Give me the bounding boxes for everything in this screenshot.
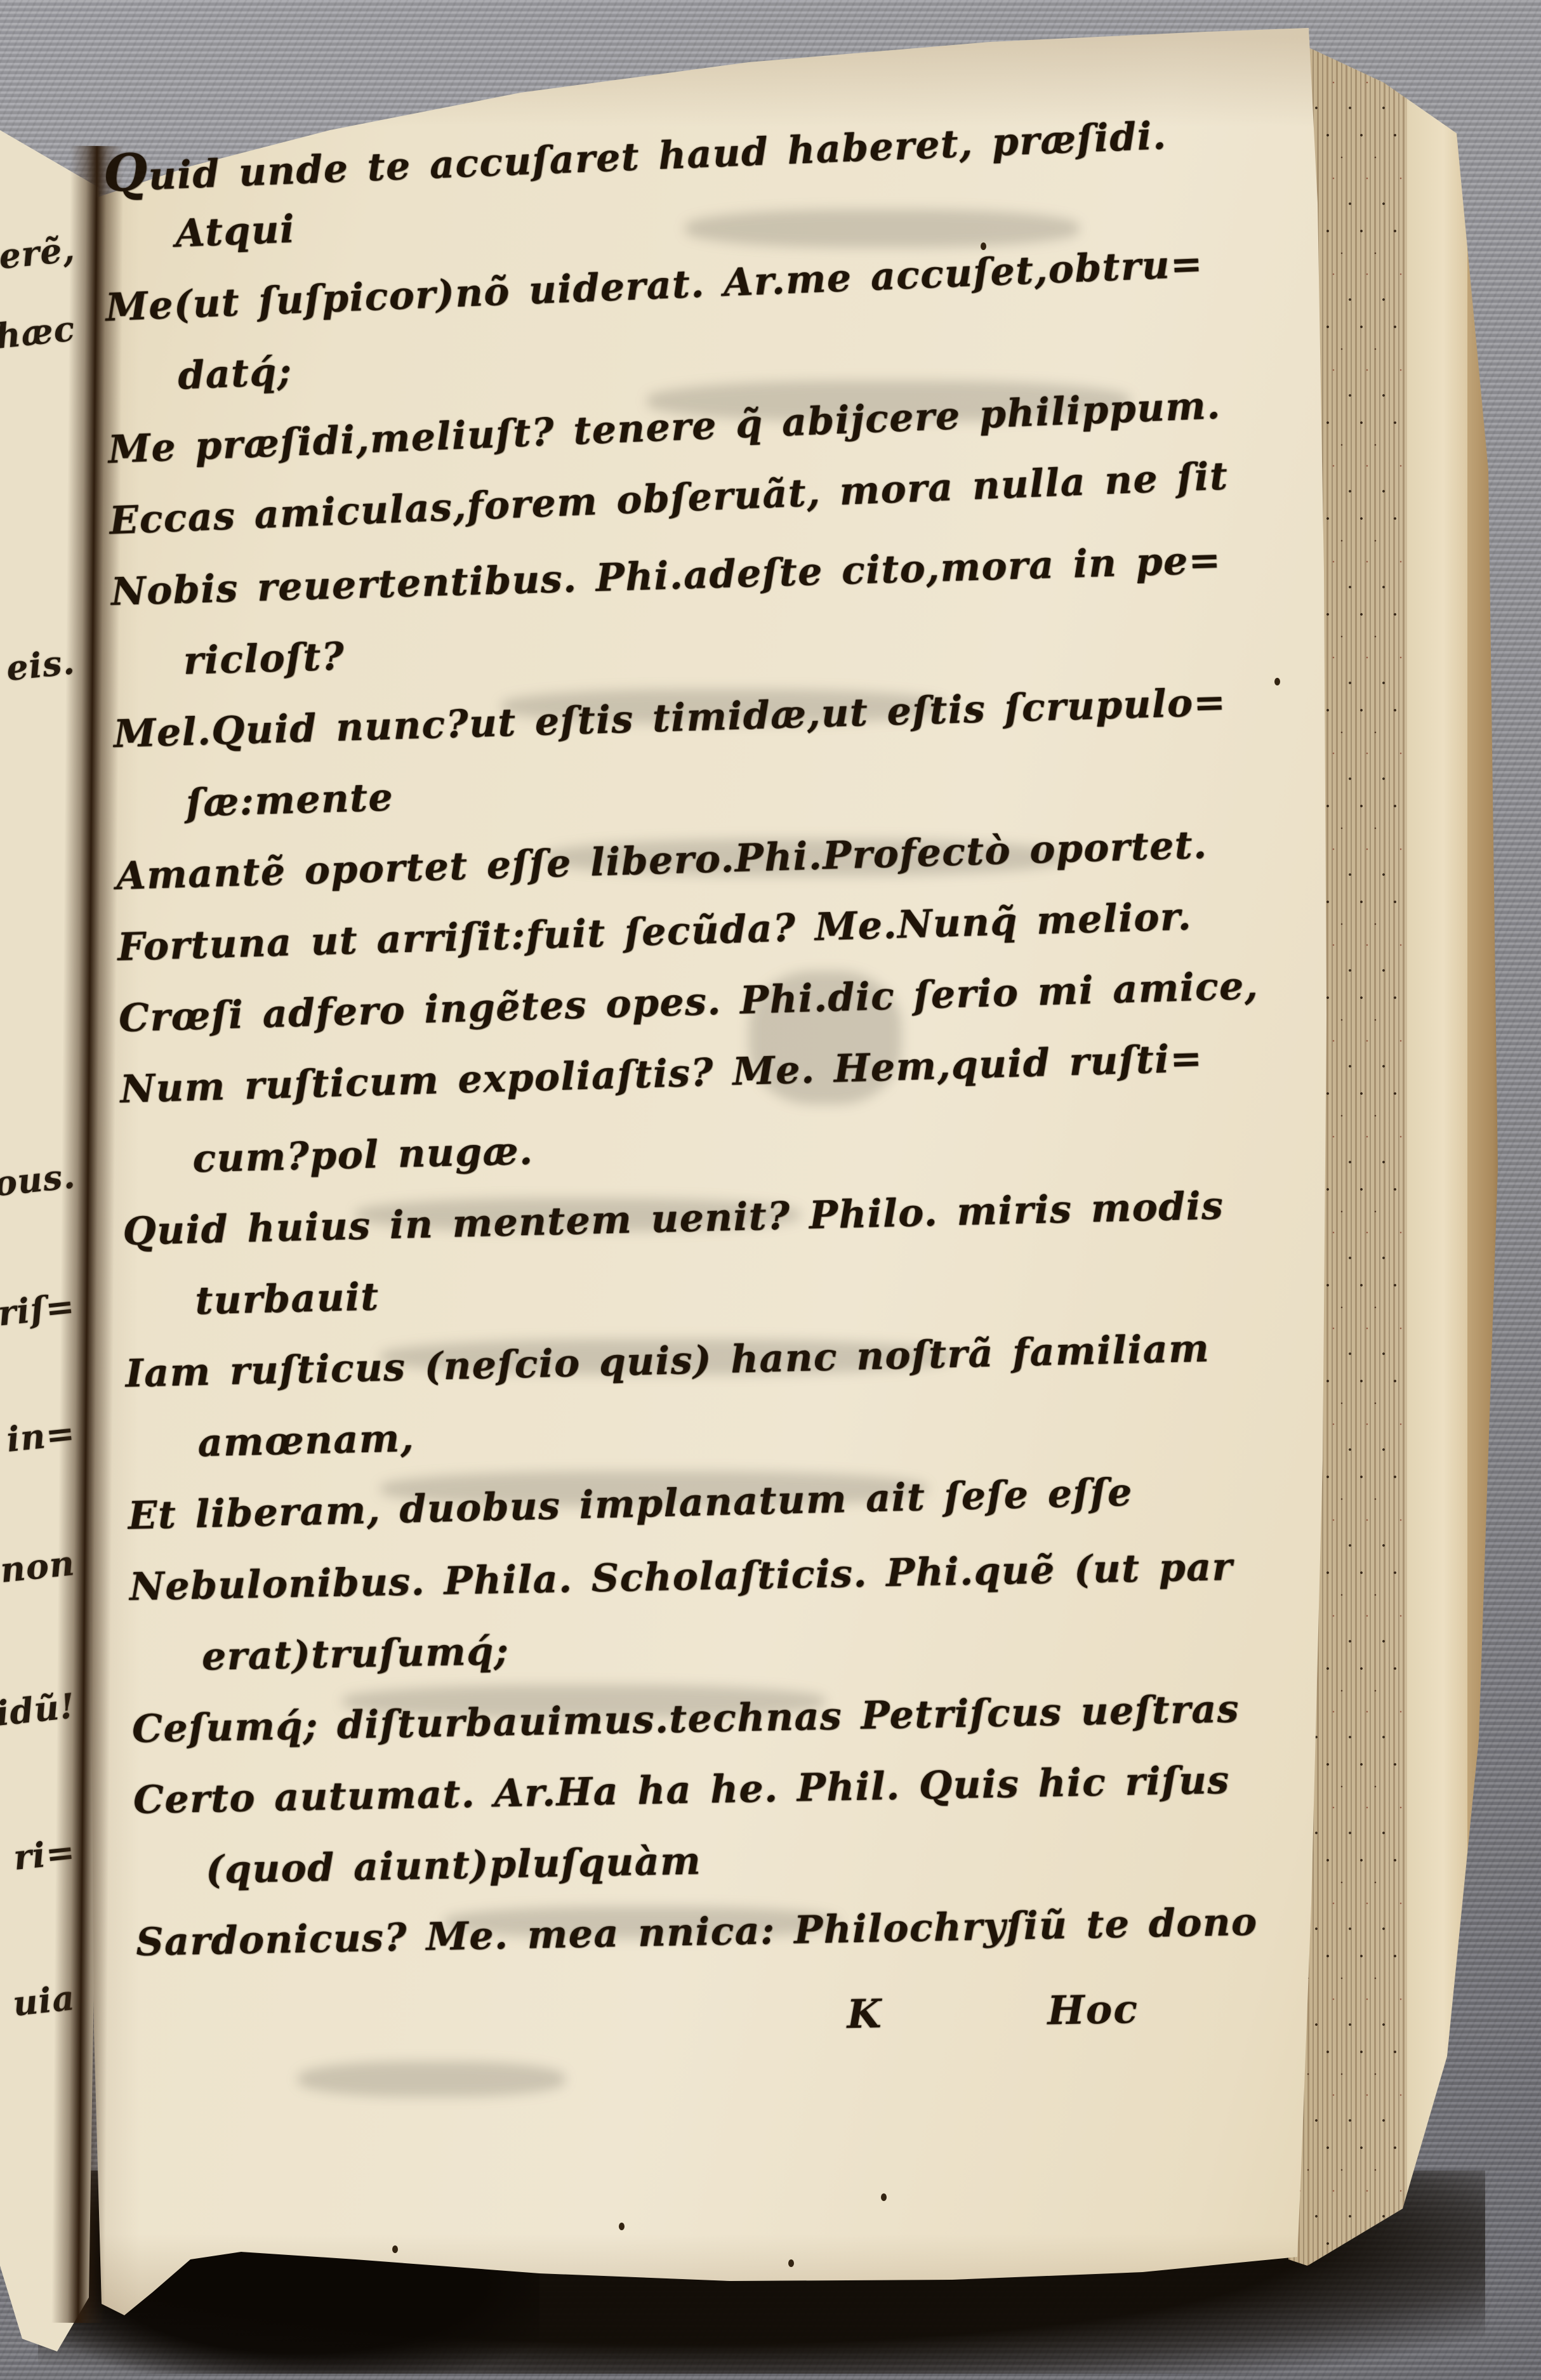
paper-speck — [619, 2223, 625, 2230]
book-photograph: gerẽ, ad hæc bo eis. ous. etriſ= n in= n… — [0, 0, 1541, 2380]
paper-speck — [1274, 678, 1280, 685]
show-through-smudge — [298, 2061, 565, 2097]
paper-speck — [392, 2245, 398, 2253]
signature-mark: K — [847, 1990, 882, 2037]
catchword: Hoc — [1047, 1985, 1139, 2033]
left-fragment: ad hæc — [0, 308, 77, 363]
page-text-block: Quid unde te accuſaret haud haberet, præ… — [103, 122, 1274, 2062]
left-fragment: gerẽ, — [0, 228, 77, 279]
paper-speck — [788, 2259, 794, 2267]
paper-speck — [881, 2193, 887, 2201]
